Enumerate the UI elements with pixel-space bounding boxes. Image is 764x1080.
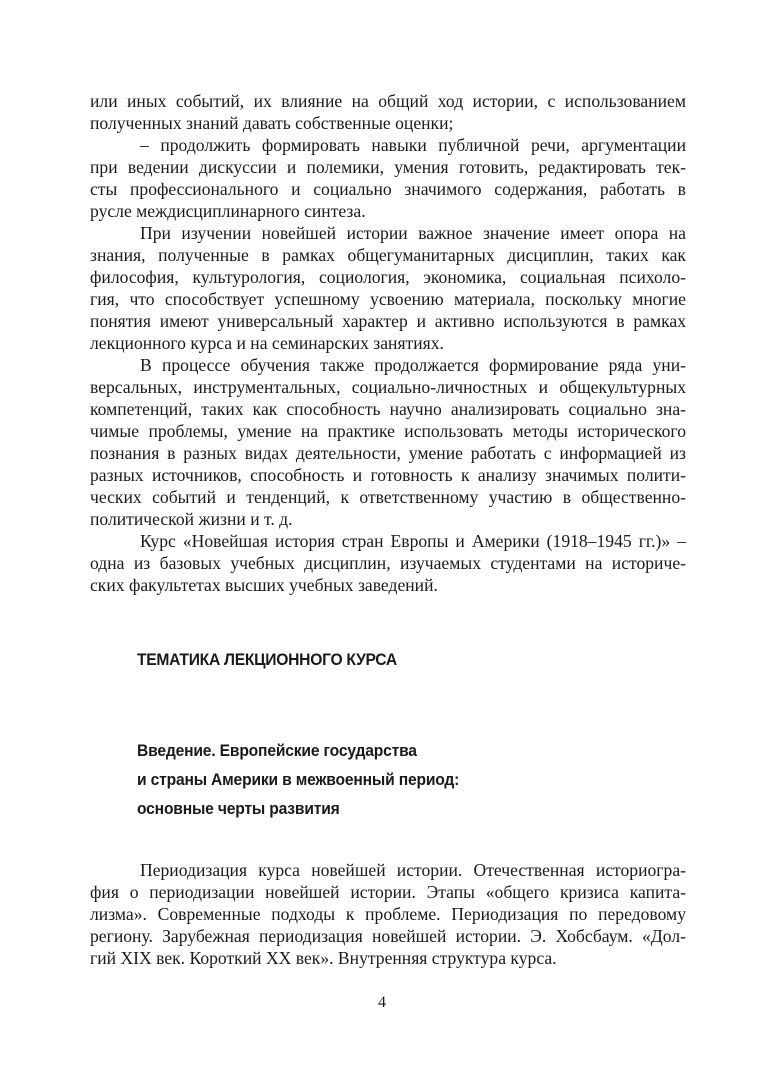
text-line: гий XIX век. Короткий XX век». Внутрення… bbox=[90, 947, 686, 969]
text-line: версальных, инструментальных, социально-… bbox=[90, 376, 686, 398]
text-line: сты профессионального и социально значим… bbox=[90, 178, 686, 200]
text-line: полученных знаний давать собственные оце… bbox=[90, 112, 686, 134]
text-line: одна из базовых учебных дисциплин, изуча… bbox=[90, 552, 686, 574]
text-line: или иных событий, их влияние на общий хо… bbox=[90, 90, 686, 112]
section-heading: ТЕМАТИКА ЛЕКЦИОННОГО КУРСА bbox=[137, 650, 397, 670]
text-line: фия о периодизации новейшей истории. Эта… bbox=[90, 881, 686, 903]
text-line: В процессе обучения также продолжается ф… bbox=[90, 354, 686, 376]
body-text-bottom: Периодизация курса новейшей истории. Оте… bbox=[90, 859, 686, 969]
text-line: философия, культурология, социология, эк… bbox=[90, 266, 686, 288]
text-line: Курс «Новейшая история стран Европы и Ам… bbox=[90, 530, 686, 552]
text-line: русле междисциплинарного синтеза. bbox=[90, 200, 686, 222]
text-line: знания, полученные в рамках общегуманита… bbox=[90, 244, 686, 266]
text-line: разных источников, способность и готовно… bbox=[90, 464, 686, 486]
text-line: лизма». Современные подходы к проблеме. … bbox=[90, 903, 686, 925]
text-line: политической жизни и т. д. bbox=[90, 508, 686, 530]
text-line: Периодизация курса новейшей истории. Оте… bbox=[90, 859, 686, 881]
subsection-heading-line: основные черты развития bbox=[137, 794, 459, 823]
text-line: ских факультетах высших учебных заведени… bbox=[90, 574, 686, 596]
text-line: компетенций, таких как способность научн… bbox=[90, 398, 686, 420]
body-text-top: или иных событий, их влияние на общий хо… bbox=[90, 90, 686, 596]
subsection-heading-line: и страны Америки в межвоенный период: bbox=[137, 765, 459, 794]
subsection-heading: Введение. Европейские государства и стра… bbox=[137, 736, 459, 823]
subsection-heading-line: Введение. Европейские государства bbox=[137, 736, 459, 765]
text-line: региону. Зарубежная периодизация новейше… bbox=[90, 925, 686, 947]
text-line: чимые проблемы, умение на практике испол… bbox=[90, 420, 686, 442]
text-line: понятия имеют универсальный характер и а… bbox=[90, 310, 686, 332]
text-line: лекционного курса и на семинарских занят… bbox=[90, 332, 686, 354]
text-line: гия, что способствует успешному усвоению… bbox=[90, 288, 686, 310]
text-line: при ведении дискуссии и полемики, умения… bbox=[90, 156, 686, 178]
text-line: познания в разных видах деятельности, ум… bbox=[90, 442, 686, 464]
page-number: 4 bbox=[0, 994, 764, 1012]
text-line: – продолжить формировать навыки публично… bbox=[90, 134, 686, 156]
text-line: При изучении новейшей истории важное зна… bbox=[90, 222, 686, 244]
text-line: ческих событий и тенденций, к ответствен… bbox=[90, 486, 686, 508]
